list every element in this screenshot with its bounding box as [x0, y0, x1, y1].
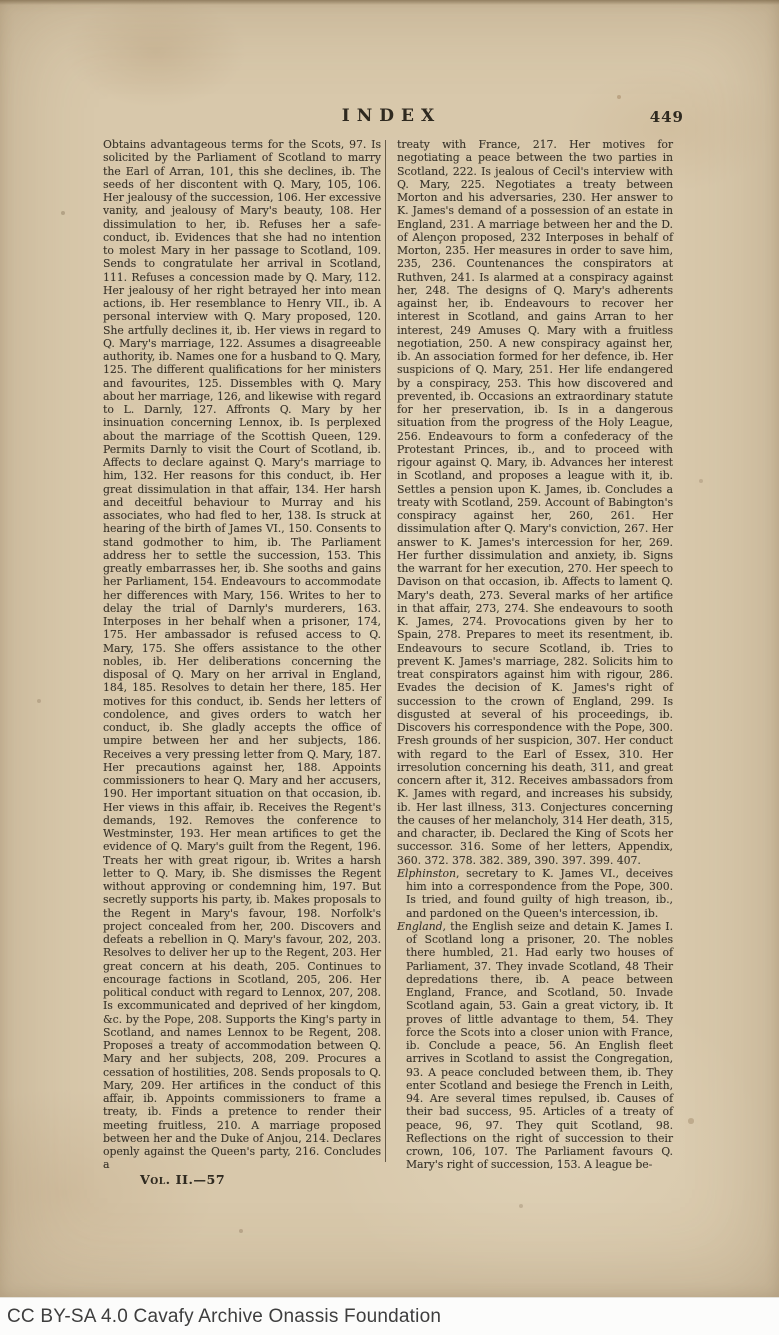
left-column: Obtains advantageous terms for the Scots… [103, 138, 381, 1186]
page-header: INDEX 449 [103, 106, 680, 132]
license-text: CC BY-SA 4.0 Cavafy Archive Onassis Foun… [0, 1306, 441, 1328]
attribution-bar: CC BY-SA 4.0 Cavafy Archive Onassis Foun… [0, 1297, 779, 1335]
index-entry: England, the English seize and detain K.… [397, 920, 673, 1172]
index-columns: Obtains advantageous terms for the Scots… [103, 138, 673, 1186]
entry-headword: Elphinston [397, 867, 456, 880]
volume-signature: Vol. II.—57 [103, 1173, 381, 1186]
book-page-scan: INDEX 449 Obtains advantageous terms for… [0, 0, 779, 1297]
index-entry-continuation: treaty with France, 217. Her motives for… [397, 138, 673, 867]
index-entry-continuation: Obtains advantageous terms for the Scots… [103, 138, 381, 1172]
entry-headword: England [397, 920, 443, 933]
index-entry: Elphinston, secretary to K. James VI., d… [397, 867, 673, 920]
index-title: INDEX [342, 106, 441, 126]
right-column: treaty with France, 217. Her motives for… [397, 138, 673, 1186]
page-number: 449 [650, 108, 684, 126]
paper-specks [0, 0, 2, 2]
entry-text: , the English seize and detain K. James … [406, 920, 673, 1172]
